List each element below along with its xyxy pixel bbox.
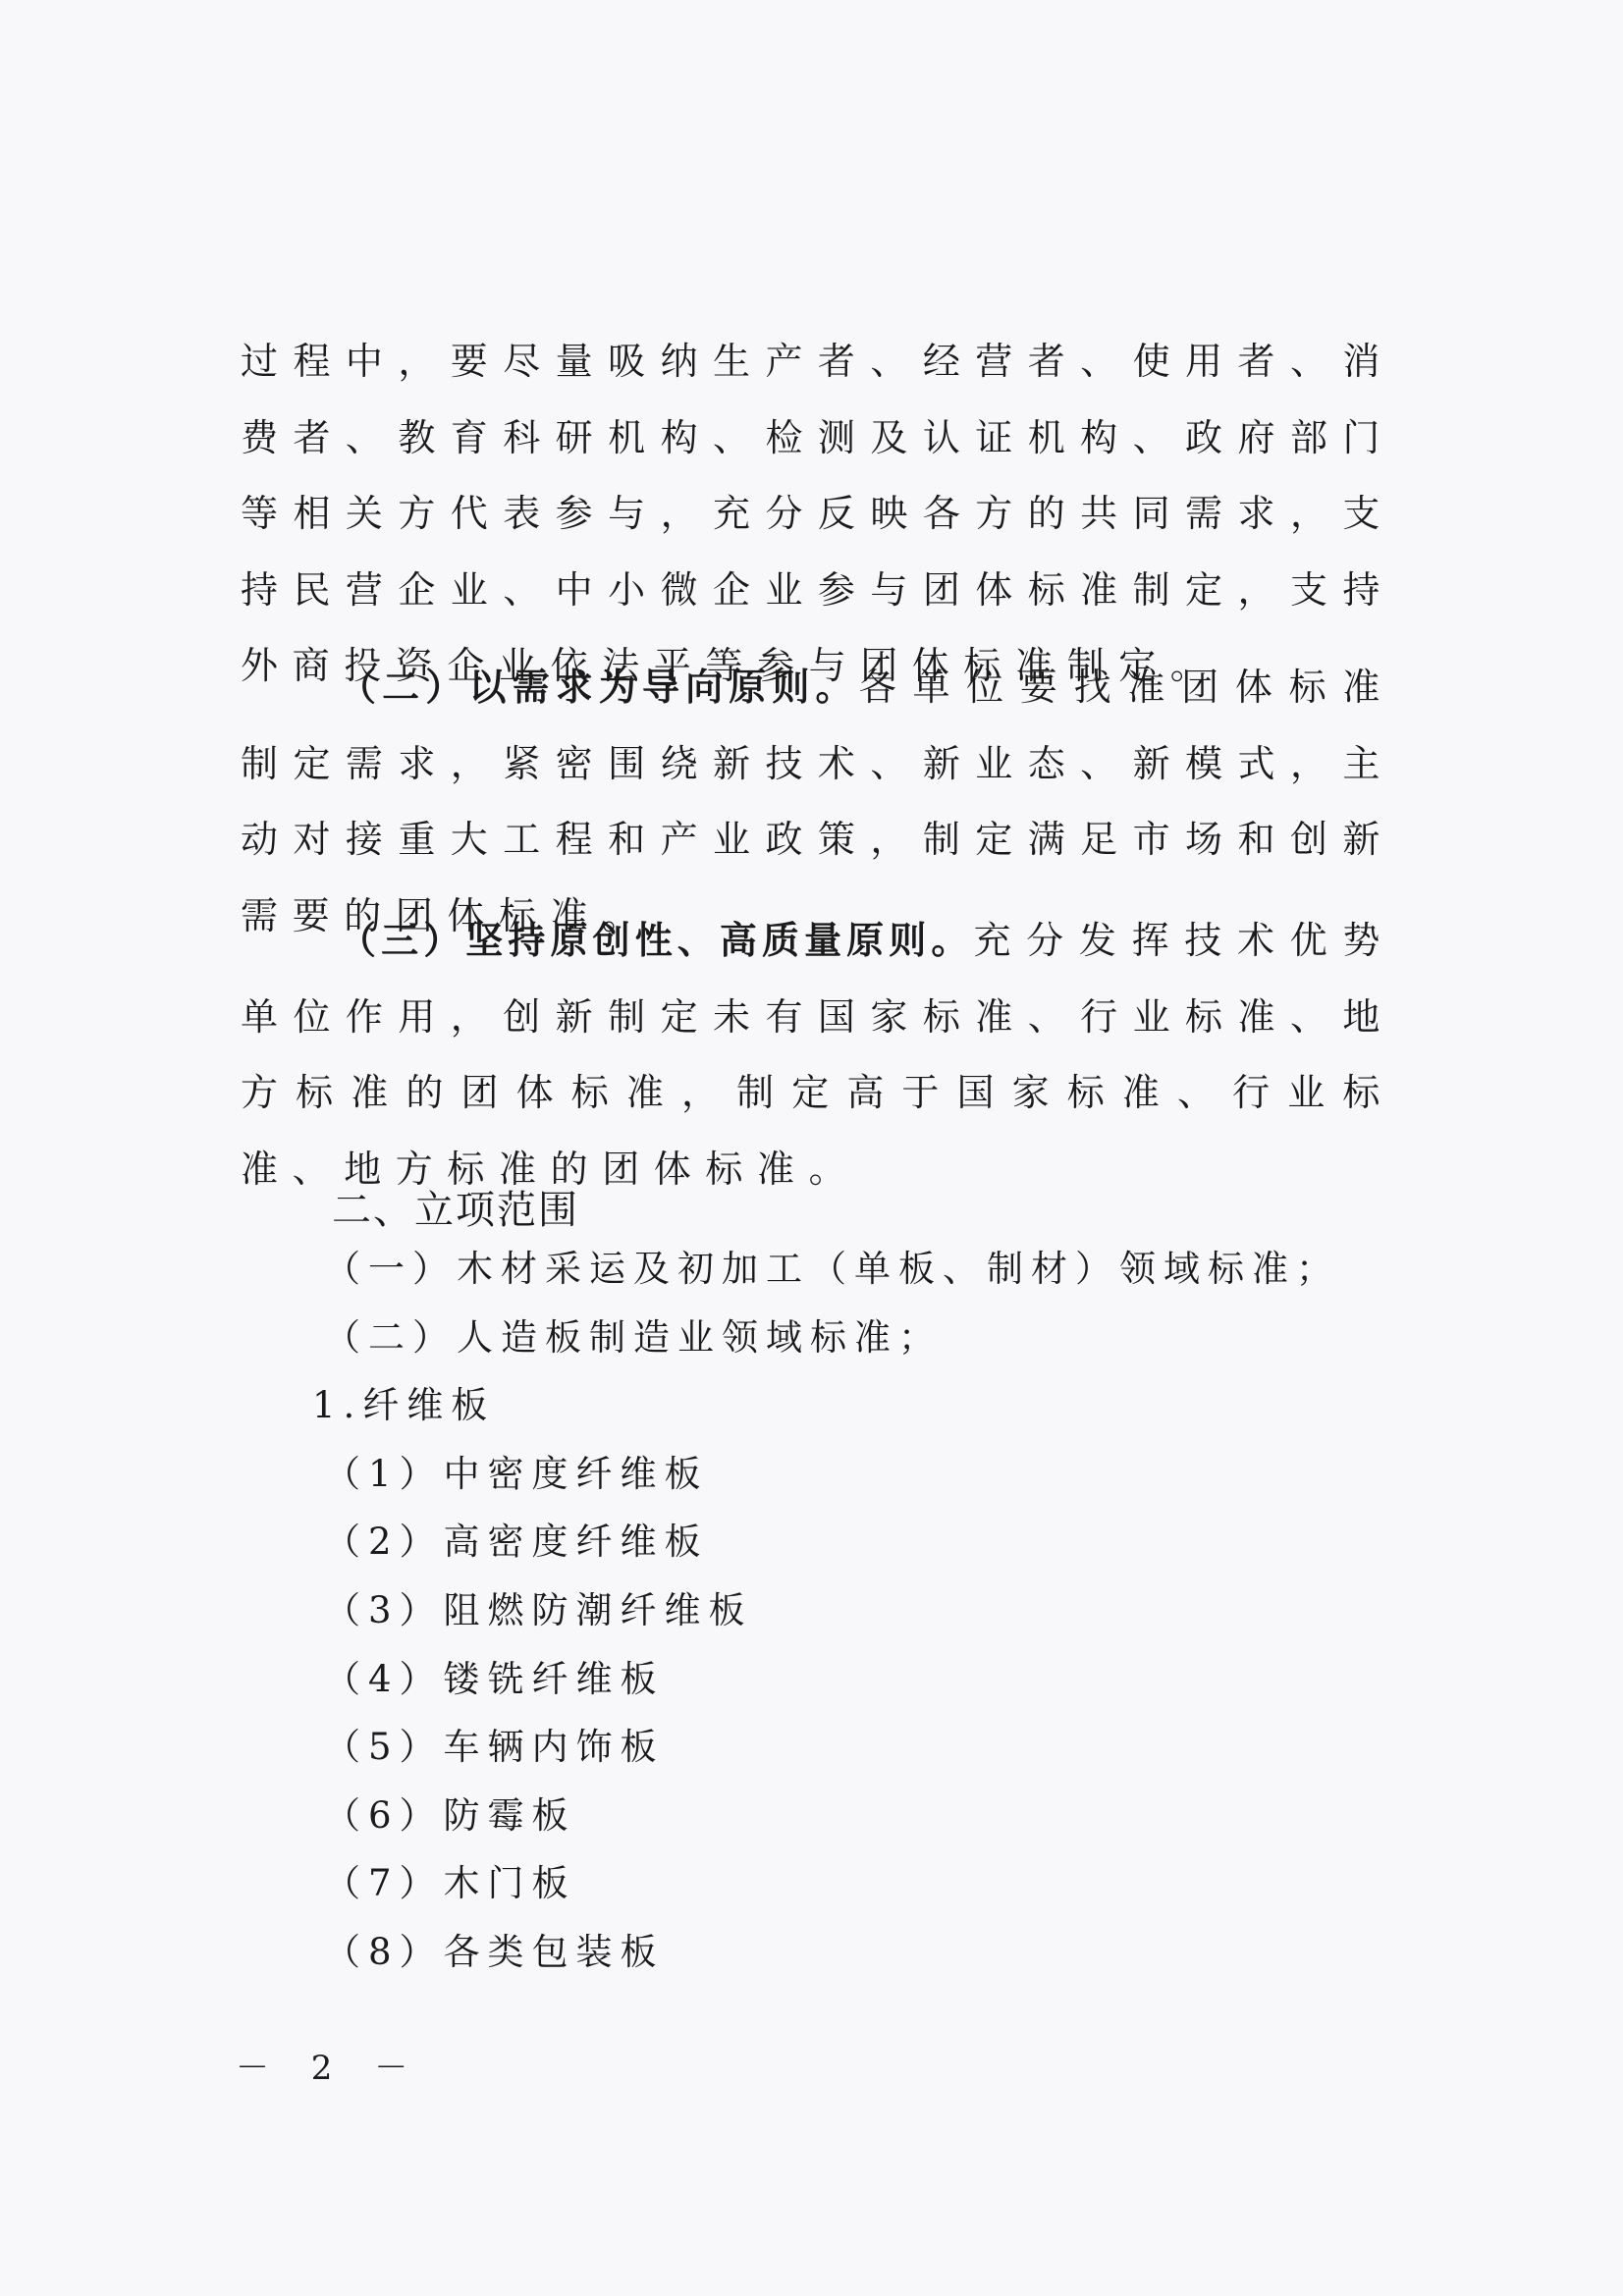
list-item-number: （3） — [324, 1589, 444, 1631]
list-item: （一）木材采运及初加工（单板、制材）领域标准； — [324, 1235, 1340, 1304]
list-item-number: （1） — [324, 1453, 444, 1495]
list-item: （3）阻燃防潮纤维板 — [324, 1576, 1340, 1645]
paragraph-originality-quality: （三）坚持原创性、高质量原则。充分发挥技术优势单位作用，创新制定未有国家标准、行… — [241, 903, 1394, 1207]
list-item-number: （4） — [324, 1658, 444, 1700]
list-item-text: 人造板制造业领域标准； — [457, 1316, 943, 1359]
list-item-number: （一） — [324, 1248, 457, 1290]
list-item-text: 镂铣纤维板 — [444, 1658, 665, 1700]
paragraph-lead-bold: （二）以需求为导向原则。 — [339, 666, 859, 709]
list-item-number: （二） — [324, 1316, 457, 1359]
list-item-number: （6） — [324, 1794, 444, 1837]
list-item: （8）各类包装板 — [324, 1918, 1340, 1987]
list-item: （1）中密度纤维板 — [324, 1440, 1340, 1509]
list-item: （5）车辆内饰板 — [324, 1713, 1340, 1782]
list-item-text: 木门板 — [444, 1862, 576, 1904]
page-number: － 2 － — [236, 2047, 423, 2090]
document-page: 过程中，要尽量吸纳生产者、经营者、使用者、消费者、教育科研机构、检测及认证机构、… — [0, 0, 1623, 2296]
list-item-text: 中密度纤维板 — [444, 1453, 709, 1495]
list-item-number: 1. — [312, 1384, 362, 1426]
paragraph-lead-bold: （三）坚持原创性、高质量原则。 — [339, 919, 973, 962]
scope-list: （一）木材采运及初加工（单板、制材）领域标准； （二）人造板制造业领域标准； 1… — [324, 1235, 1340, 1987]
list-item: （2）高密度纤维板 — [324, 1508, 1340, 1576]
list-item: （二）人造板制造业领域标准； — [324, 1304, 1340, 1372]
list-item-text: 纤维板 — [362, 1384, 495, 1426]
paragraph-text: 过程中，要尽量吸纳生产者、经营者、使用者、消费者、教育科研机构、检测及认证机构、… — [241, 340, 1394, 687]
section-heading: 二、立项范围 — [332, 1181, 579, 1240]
list-item-number: （5） — [324, 1726, 444, 1768]
list-item-text: 阻燃防潮纤维板 — [444, 1589, 753, 1631]
list-item-text: 木材采运及初加工（单板、制材）领域标准； — [457, 1248, 1340, 1290]
list-item-text: 高密度纤维板 — [444, 1521, 709, 1563]
list-item-text: 防霉板 — [444, 1794, 576, 1837]
list-item-number: （8） — [324, 1931, 444, 1973]
paragraph-participation: 过程中，要尽量吸纳生产者、经营者、使用者、消费者、教育科研机构、检测及认证机构、… — [241, 324, 1394, 705]
list-item: （7）木门板 — [324, 1849, 1340, 1918]
list-item: （4）镂铣纤维板 — [324, 1645, 1340, 1714]
list-item: （6）防霉板 — [324, 1782, 1340, 1850]
list-item-text: 车辆内饰板 — [444, 1726, 665, 1768]
list-item-text: 各类包装板 — [444, 1931, 665, 1973]
list-item-number: （2） — [324, 1521, 444, 1563]
list-item: 1.纤维板 — [312, 1371, 1340, 1440]
list-item-number: （7） — [324, 1862, 444, 1904]
